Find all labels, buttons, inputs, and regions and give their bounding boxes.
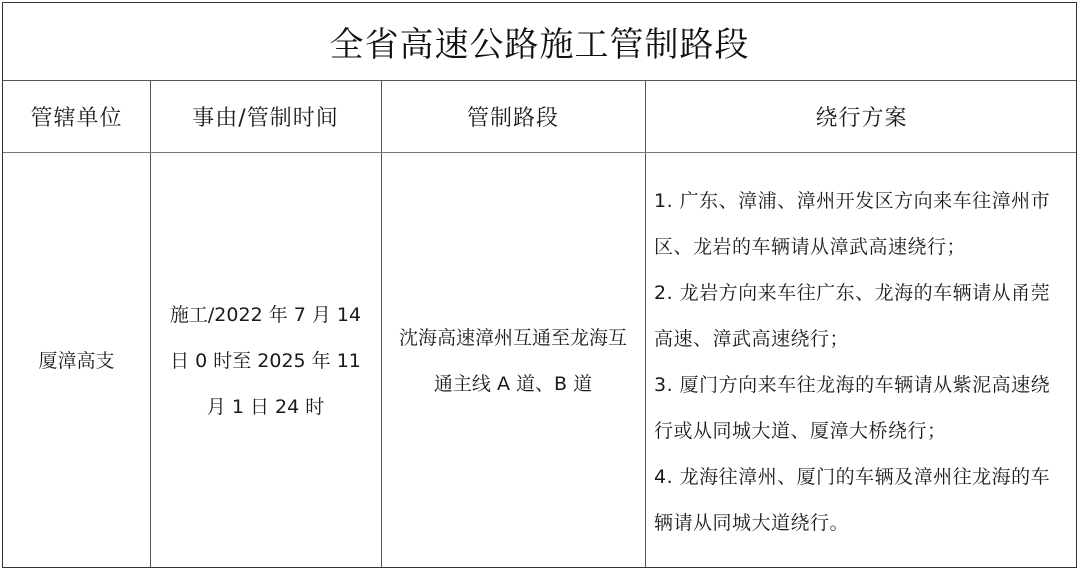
cell-reason-time: 施工/2022 年 7 月 14 日 0 时至 2025 年 11 月 1 日 …	[150, 153, 381, 569]
header-detour: 绕行方案	[645, 81, 1078, 152]
detour-item: 3. 厦门方向来车往龙海的车辆请从紫泥高速绕行或从同城大道、厦漳大桥绕行；	[654, 362, 1069, 454]
cell-detour: 1. 广东、漳浦、漳州开发区方向来车往漳州市区、龙岩的车辆请从漳武高速绕行； 2…	[654, 178, 1069, 546]
detour-item: 4. 龙海往漳州、厦门的车辆及漳州往龙海的车辆请从同城大道绕行。	[654, 454, 1069, 546]
detour-item: 1. 广东、漳浦、漳州开发区方向来车往漳州市区、龙岩的车辆请从漳武高速绕行；	[654, 178, 1069, 270]
column-divider	[645, 81, 646, 567]
page-title: 全省高速公路施工管制路段	[3, 3, 1076, 81]
cell-section: 沈海高速漳州互通至龙海互通主线 A 道、B 道	[381, 153, 645, 569]
detour-item: 2. 龙岩方向来车往广东、龙海的车辆请从甬莞高速、漳武高速绕行；	[654, 270, 1069, 362]
header-unit: 管辖单位	[3, 81, 150, 152]
header-reason-time: 事由/管制时间	[150, 81, 381, 152]
header-section: 管制路段	[381, 81, 645, 152]
cell-unit: 厦漳高支	[3, 153, 150, 569]
